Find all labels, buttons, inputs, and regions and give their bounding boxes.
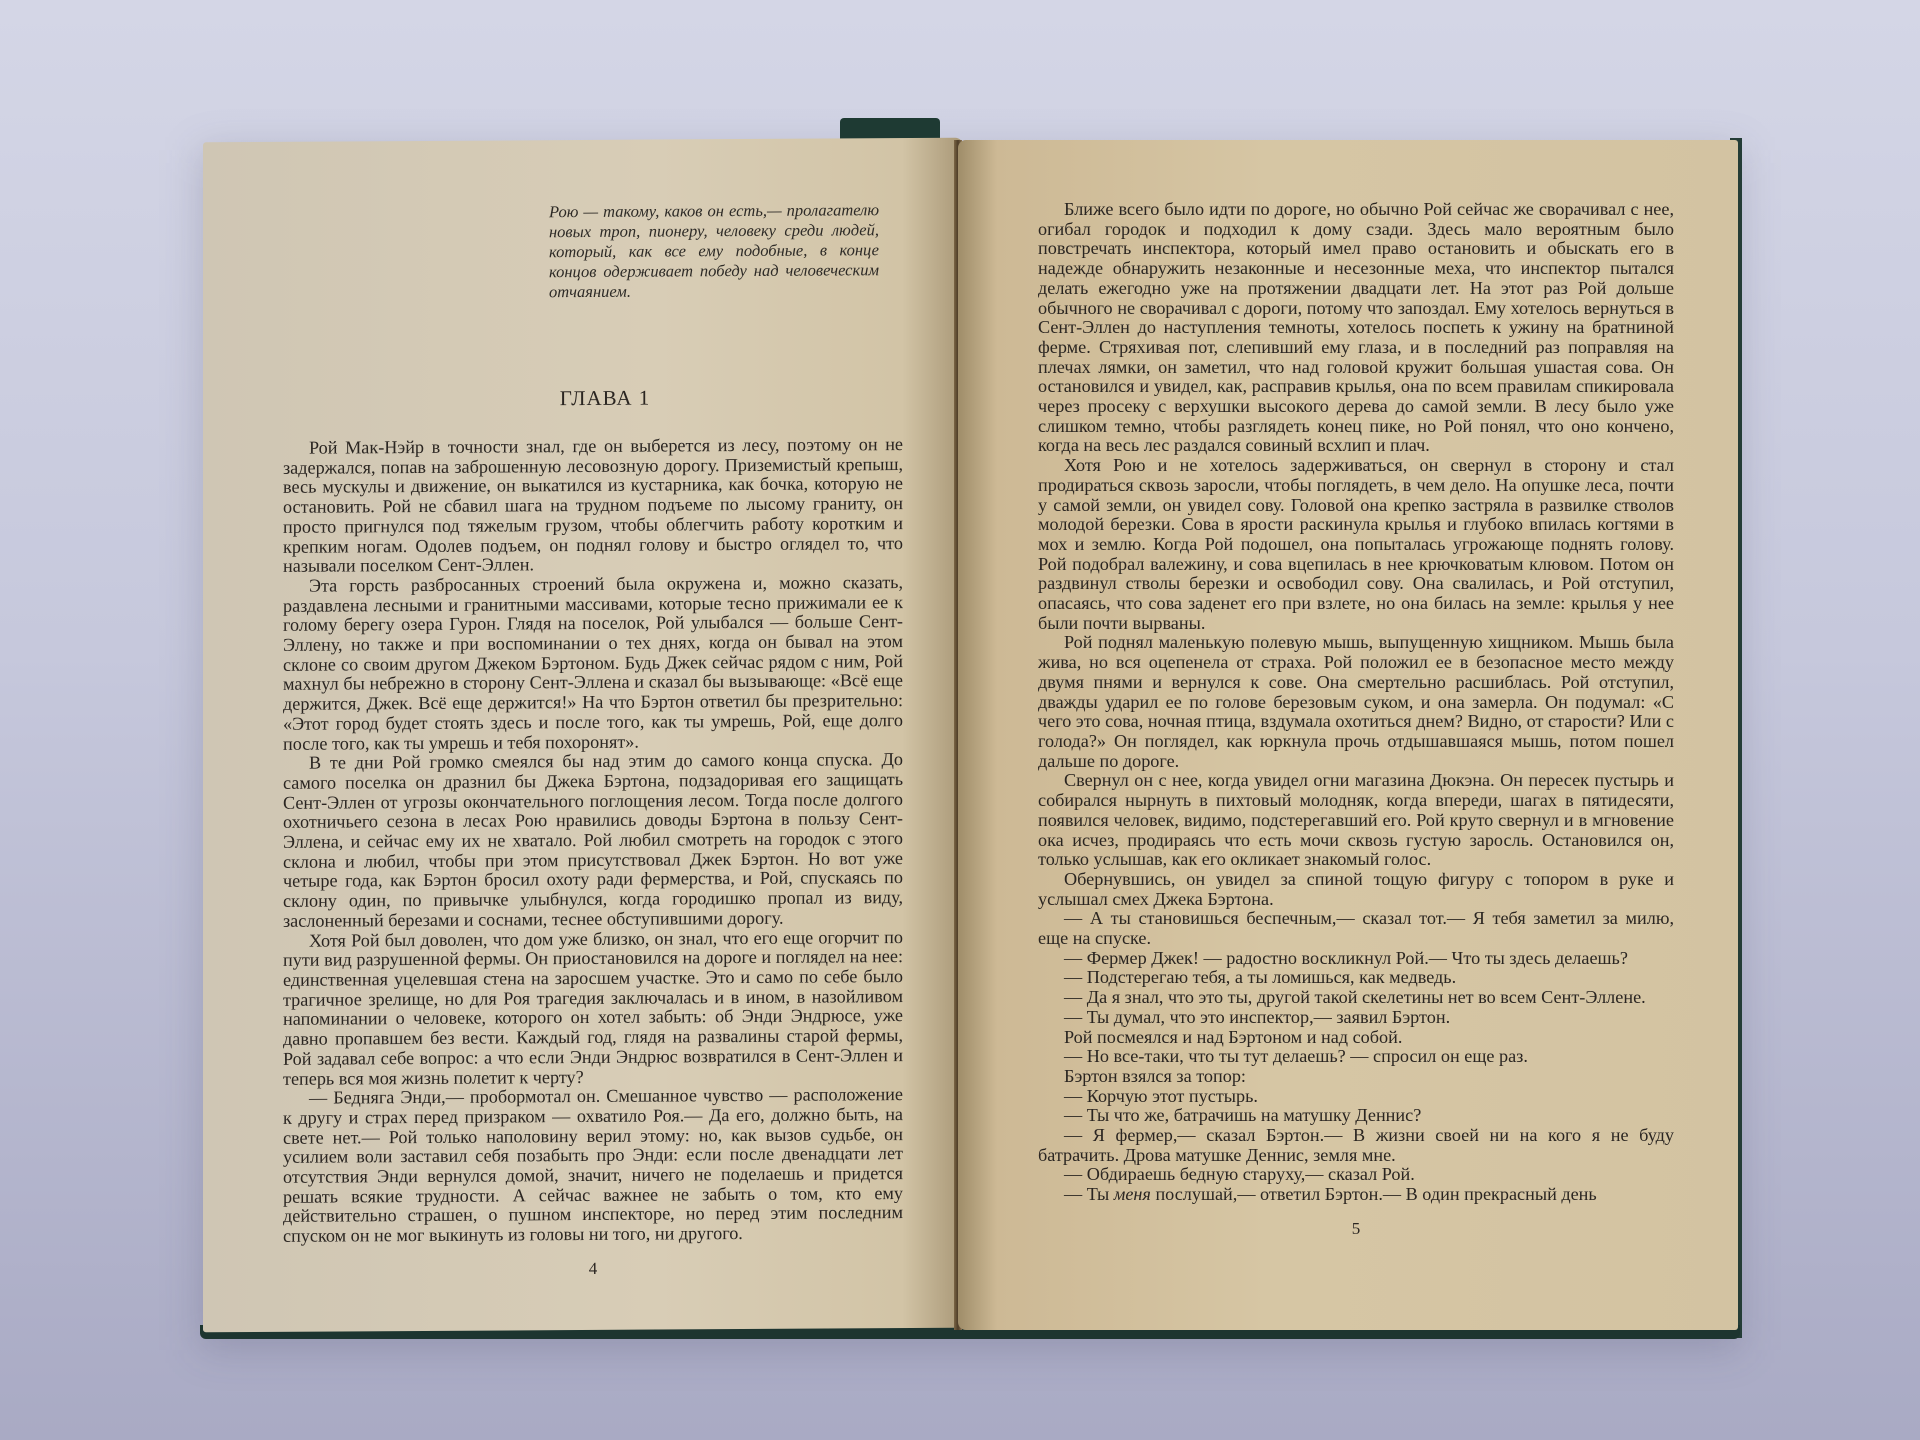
paragraph: — Бедняга Энди,— пробормотал он. Смешанн… bbox=[283, 1085, 903, 1246]
paragraph: Обернувшись, он увидел за спиной тощую ф… bbox=[1038, 870, 1674, 909]
epigraph: Рою — такому, каков он есть,— пролагател… bbox=[549, 200, 879, 302]
text-run: послушай,— ответил Бэртон.— В один прекр… bbox=[1151, 1184, 1597, 1204]
dialogue-line: — Фермер Джек! — радостно воскликнул Рой… bbox=[1038, 949, 1674, 969]
right-page: Ближе всего было идти по дороге, но обыч… bbox=[958, 140, 1738, 1330]
right-page-body: Ближе всего было идти по дороге, но обыч… bbox=[1038, 200, 1674, 1239]
chapter-title: ГЛАВА 1 bbox=[283, 384, 927, 413]
paragraph: Рой поднял маленькую полевую мышь, выпущ… bbox=[1038, 633, 1674, 771]
paragraph: Эта горсть разбросанных строений была ок… bbox=[283, 573, 903, 754]
page-number-left: 4 bbox=[283, 1257, 903, 1281]
paragraph: Бэртон взялся за топор: bbox=[1038, 1067, 1674, 1087]
dialogue-line: — А ты становишься беспечным,— сказал то… bbox=[1038, 909, 1674, 948]
left-page: Рою — такому, каков он есть,— пролагател… bbox=[203, 138, 963, 1333]
page-number-right: 5 bbox=[1038, 1219, 1674, 1239]
dialogue-line: — Я фермер,— сказал Бэртон.— В жизни сво… bbox=[1038, 1126, 1674, 1165]
paragraph: Ближе всего было идти по дороге, но обыч… bbox=[1038, 200, 1674, 456]
dialogue-line: — Подстерегаю тебя, а ты ломишься, как м… bbox=[1038, 968, 1674, 988]
paragraph: Рой Мак-Нэйр в точности знал, где он выб… bbox=[283, 435, 903, 577]
text-run: — Ты bbox=[1064, 1184, 1114, 1204]
emphasis-text: меня bbox=[1114, 1184, 1151, 1204]
paragraph: В те дни Рой громко смеялся бы над этим … bbox=[283, 750, 903, 931]
dialogue-line: — Обдираешь бедную старуху,— сказал Рой. bbox=[1038, 1165, 1674, 1185]
paragraph: Хотя Рой был доволен, что дом уже близко… bbox=[283, 928, 903, 1089]
paragraph: Рой посмеялся и над Бэртоном и над собой… bbox=[1038, 1028, 1674, 1048]
dialogue-line: — Ты что же, батрачишь на матушку Деннис… bbox=[1038, 1106, 1674, 1126]
dialogue-line: — Да я знал, что это ты, другой такой ск… bbox=[1038, 988, 1674, 1008]
paragraph: Хотя Рою и не хотелось задерживаться, он… bbox=[1038, 456, 1674, 633]
dialogue-line: — Но все-таки, что ты тут делаешь? — спр… bbox=[1038, 1047, 1674, 1067]
dialogue-line: — Корчую этот пустырь. bbox=[1038, 1087, 1674, 1107]
paragraph: Свернул он с нее, когда увидел огни мага… bbox=[1038, 771, 1674, 870]
dialogue-line-last: — Ты меня послушай,— ответил Бэртон.— В … bbox=[1038, 1185, 1674, 1205]
dialogue-line: — Ты думал, что это инспектор,— заявил Б… bbox=[1038, 1008, 1674, 1028]
left-page-body: Рой Мак-Нэйр в точности знал, где он выб… bbox=[283, 435, 903, 1281]
